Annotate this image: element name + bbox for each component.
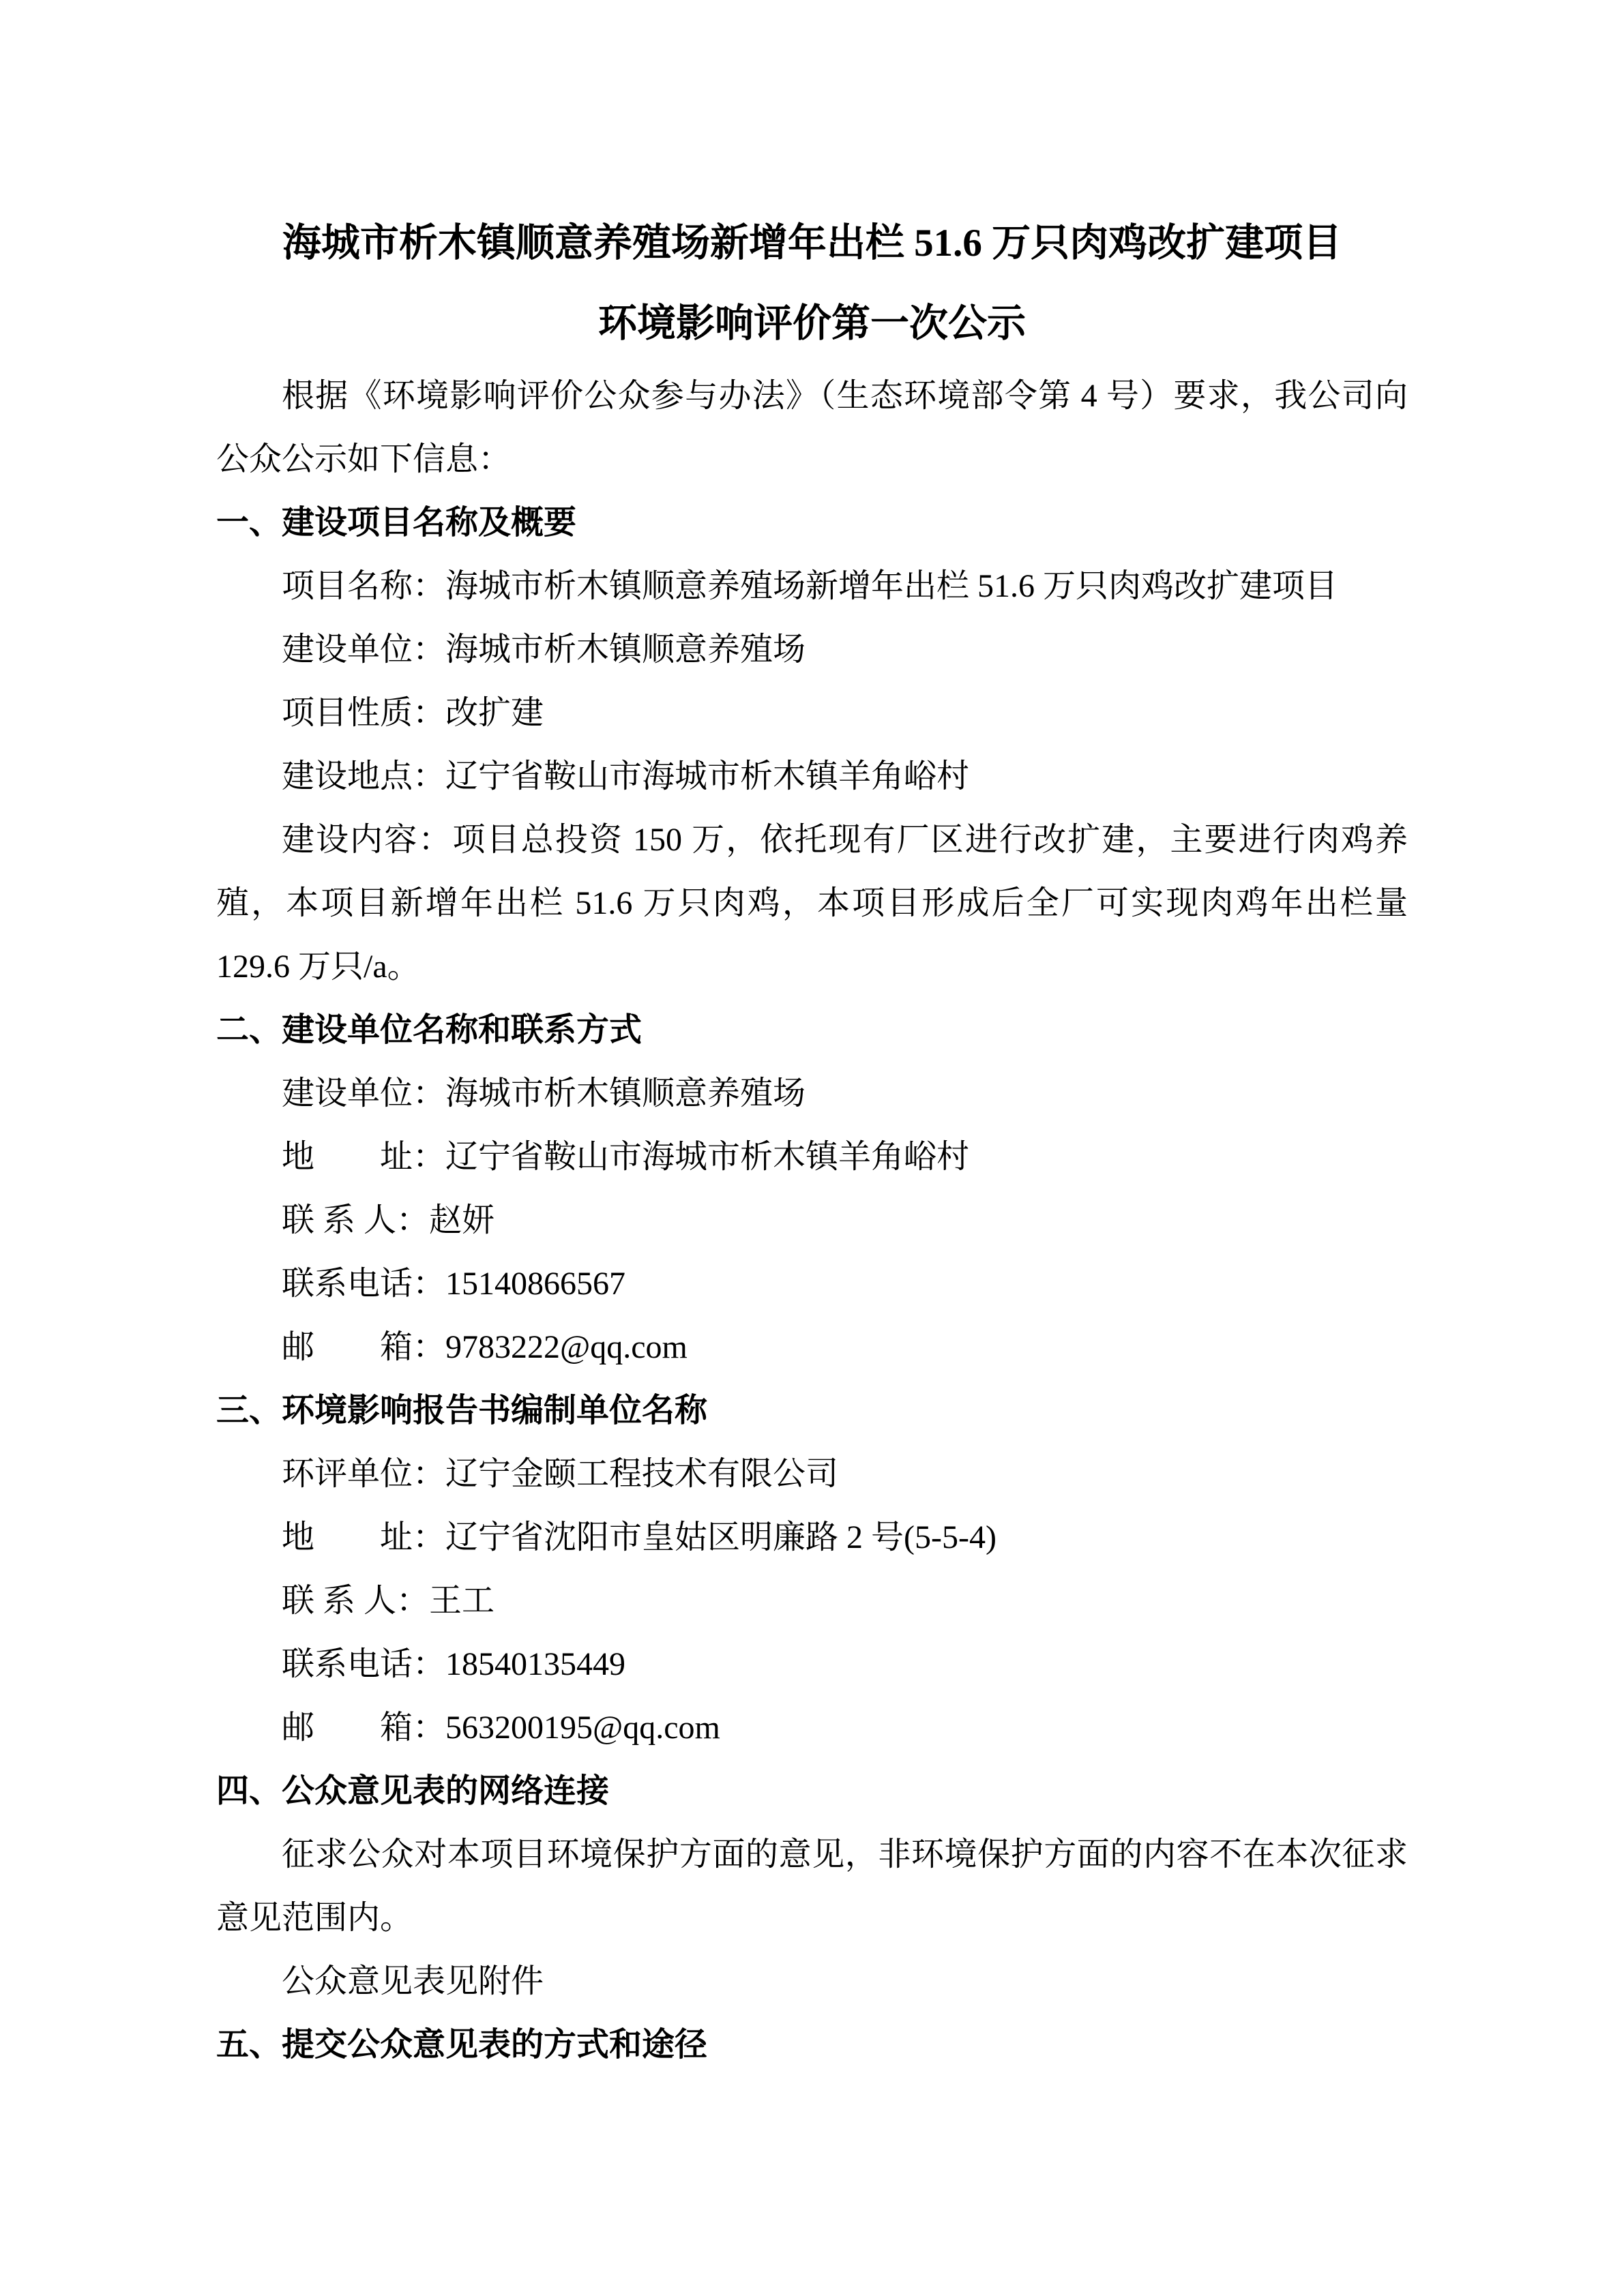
document-page: 海城市析木镇顺意养殖场新增年出栏 51.6 万只肉鸡改扩建项目 环境影响评价第一… — [0, 0, 1624, 2296]
field-construction-site: 建设地点：辽宁省鞍山市海城市析木镇羊角峪村 — [216, 745, 1408, 808]
section-1-heading: 一、建设项目名称及概要 — [216, 491, 1408, 554]
field-project-nature: 项目性质：改扩建 — [216, 681, 1408, 745]
paragraph-feedback-attachment: 公众意见表见附件 — [216, 1950, 1408, 2013]
field-eia-phone: 联系电话：18540135449 — [216, 1632, 1408, 1696]
paragraph-feedback-scope: 征求公众对本项目环境保护方面的意见，非环境保护方面的内容不在本次征求意见范围内。 — [216, 1823, 1408, 1950]
section-4-heading: 四、公众意见表的网络连接 — [216, 1759, 1408, 1823]
field-unit-phone: 联系电话：15140866567 — [216, 1252, 1408, 1315]
field-unit-contact-person: 联 系 人：赵妍 — [216, 1189, 1408, 1252]
field-eia-unit: 环评单位：辽宁金颐工程技术有限公司 — [216, 1442, 1408, 1506]
title-line-2: 环境影响评价第一次公示 — [216, 284, 1408, 364]
title-line-1: 海城市析木镇顺意养殖场新增年出栏 51.6 万只肉鸡改扩建项目 — [216, 203, 1408, 284]
field-project-name: 项目名称：海城市析木镇顺意养殖场新增年出栏 51.6 万只肉鸡改扩建项目 — [216, 554, 1408, 618]
field-unit-address: 地 址：辽宁省鞍山市海城市析木镇羊角峪村 — [216, 1125, 1408, 1189]
field-eia-address: 地 址：辽宁省沈阳市皇姑区明廉路 2 号(5-5-4) — [216, 1506, 1408, 1569]
section-3-heading: 三、环境影响报告书编制单位名称 — [216, 1379, 1408, 1442]
section-5-heading: 五、提交公众意见表的方式和途径 — [216, 2013, 1408, 2076]
section-2-heading: 二、建设单位名称和联系方式 — [216, 998, 1408, 1062]
field-eia-email: 邮 箱：563200195@qq.com — [216, 1696, 1408, 1759]
field-eia-contact-person: 联 系 人：王工 — [216, 1569, 1408, 1632]
field-construction-content: 建设内容：项目总投资 150 万，依托现有厂区进行改扩建，主要进行肉鸡养殖，本项… — [216, 808, 1408, 998]
field-unit-email: 邮 箱：9783222@qq.com — [216, 1315, 1408, 1379]
field-unit-name: 建设单位：海城市析木镇顺意养殖场 — [216, 1062, 1408, 1125]
document-title: 海城市析木镇顺意养殖场新增年出栏 51.6 万只肉鸡改扩建项目 环境影响评价第一… — [216, 203, 1408, 364]
field-construction-unit: 建设单位：海城市析木镇顺意养殖场 — [216, 618, 1408, 681]
intro-paragraph: 根据《环境影响评价公众参与办法》（生态环境部令第 4 号）要求，我公司向公众公示… — [216, 364, 1408, 491]
